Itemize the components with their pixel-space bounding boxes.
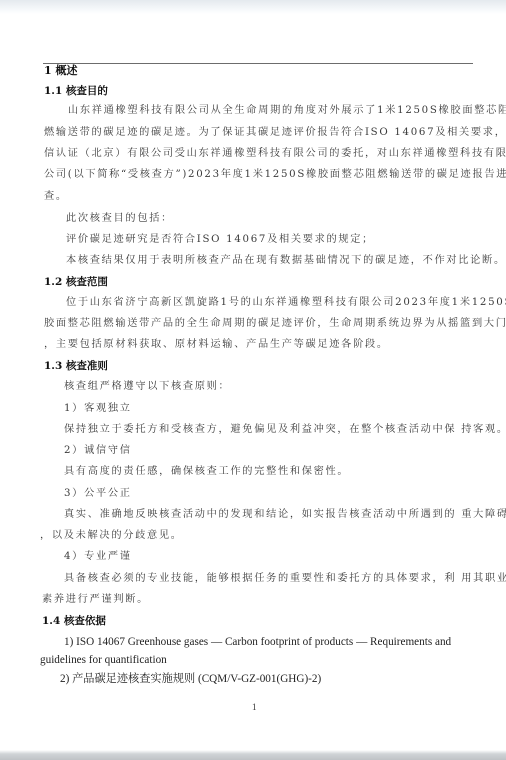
document-page: 1 概述 1.1 核查目的 山东祥通橡塑科技有限公司从全生命周期的角度对外展示了…: [0, 0, 506, 760]
paragraph-line: 素养进行严谨判断。: [42, 593, 149, 607]
paragraph-line: 4）专业严谨: [64, 550, 132, 564]
paragraph-line: 信认证（北京）有限公司受山东祥通橡塑科技有限公司的委托，对山东祥通橡塑科技有限: [44, 147, 506, 161]
paragraph-line: 保持独立于委托方和受核查方，避免偏见及利益冲突，在整个核查活动中保 持客观。: [64, 423, 506, 437]
paragraph-line: 燃输送带的碳足迹的碳足迹。为了保证其碳足迹评价报告符合ISO 14067及相关要…: [44, 126, 506, 140]
paragraph-line: 真实、准确地反映核查活动中的发现和结论，如实报告核查活动中所遇到的 重大障碍: [64, 508, 506, 522]
paragraph-line: 山东祥通橡塑科技有限公司从全生命周期的角度对外展示了1米1250S橡胶面整芯阻: [68, 104, 506, 118]
paragraph-line: 1）客观独立: [64, 402, 132, 416]
paragraph-line: 评价碳足迹研究是否符合ISO 14067及相关要求的规定；: [66, 233, 374, 247]
header-rule: [43, 63, 473, 64]
paragraph-line: 公司(以下简称“受核查方”)2023年度1米1250S橡胶面整芯阻燃输送带的碳足…: [44, 168, 506, 182]
paragraph-line: 胶面整芯阻燃输送带产品的全生命周期的碳足迹评价，生命周期系统边界为从摇篮到大门: [44, 317, 506, 331]
paragraph-line: ，以及未解决的分歧意见。: [40, 529, 183, 543]
section-1-4-heading: 1.4 核查依据: [42, 614, 106, 628]
paragraph-line: 具备核查必须的专业技能，能够根据任务的重要性和委托方的具体要求，利 用其职业: [64, 572, 506, 586]
section-1-1-heading: 1.1 核查目的: [44, 84, 108, 98]
paragraph-line: 核查组严格遵守以下核查原则：: [64, 380, 230, 394]
section-1-3-heading: 1.3 核查准则: [44, 359, 108, 373]
paragraph-line: 查。: [44, 190, 68, 204]
paragraph-line: 2）诚信守信: [64, 444, 132, 458]
paragraph-line: 3）公平公正: [64, 487, 132, 501]
section-1-heading: 1 概述: [44, 64, 77, 78]
scan-bottom-edge: [0, 750, 506, 760]
paragraph-line: 本核查结果仅用于表明所核查产品在现有数据基础情况下的碳足迹，不作对比论断。: [66, 254, 506, 268]
paragraph-line: 位于山东省济宁高新区凯旋路1号的山东祥通橡塑科技有限公司2023年度1米1250…: [66, 296, 506, 310]
paragraph-line: ，主要包括原材料获取、原材料运输、产品生产等碳足迹各阶段。: [44, 338, 389, 352]
section-1-2-heading: 1.2 核查范围: [44, 275, 108, 289]
reference-item-2: 2) 产品碳足迹核查实施规则 (CQM/V-GZ-001(GHG)-2): [60, 672, 321, 686]
paragraph-line: 具有高度的责任感，确保核查工作的完整性和保密性。: [64, 465, 349, 479]
page-number: 1: [252, 702, 257, 712]
reference-item-1-continued: guidelines for quantification: [40, 653, 167, 667]
paragraph-line: 此次核查目的包括：: [66, 212, 173, 226]
reference-item-1: 1) ISO 14067 Greenhouse gases — Carbon f…: [64, 635, 451, 649]
